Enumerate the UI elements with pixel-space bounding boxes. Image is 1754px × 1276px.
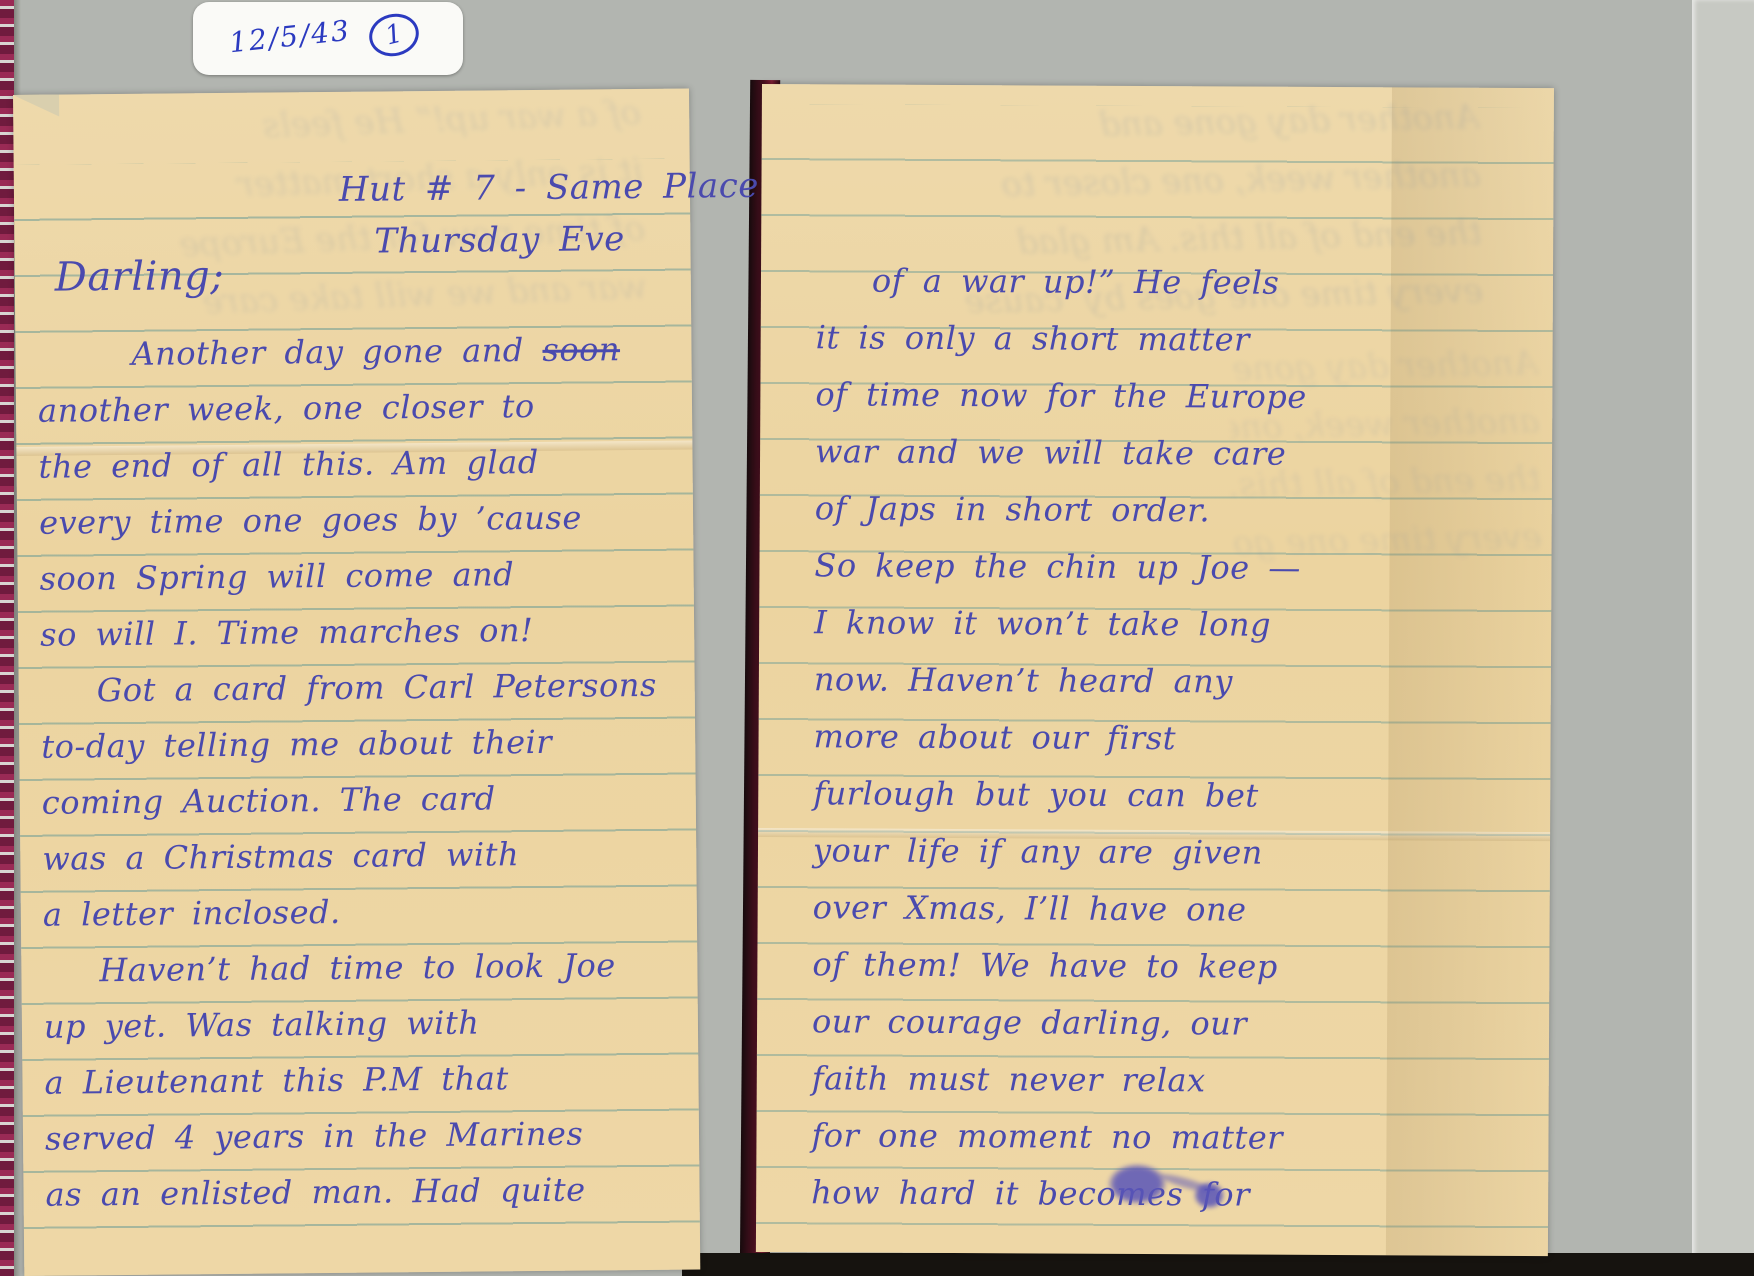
handwritten-line: served 4 years in the Marines: [45, 1105, 691, 1167]
handwritten-line: another week, one closer to: [38, 377, 684, 439]
handwritten-line: So keep the chin up Joe —: [814, 537, 1524, 598]
handwritten-line: of them! We have to keep: [812, 936, 1522, 997]
scanner-background-band: [1692, 0, 1754, 1276]
binding-edge-strip: [0, 0, 14, 1276]
ghost-line: of a war up!” He feels: [80, 84, 642, 162]
ink-blot: [1108, 1164, 1166, 1204]
handwritten-line: was a Christmas card with: [42, 825, 688, 887]
handwritten-line: to-day telling me about their: [41, 713, 687, 775]
letter-heading-date: Thursday Eve: [374, 219, 625, 261]
letter-page-left: of a war up!” He feelsit is only a short…: [13, 89, 700, 1276]
letter-body-right: of a war up!” He feelsit is only a short…: [811, 252, 1526, 1225]
handwritten-line: Another day gone and soon: [37, 321, 683, 383]
handwritten-line: as an enlisted man. Had quite: [45, 1161, 691, 1223]
handwritten-line: faith must never relax: [812, 1050, 1522, 1111]
letter-body-left: Another day gone and soonanother week, o…: [37, 321, 691, 1223]
letter-heading-location: Hut # 7 - Same Place: [339, 166, 759, 210]
handwritten-line: every time one goes by ’cause: [39, 489, 685, 551]
handwritten-line: I know it won’t take long: [814, 594, 1524, 655]
scanner-bottom-bar: [682, 1253, 1754, 1276]
handwritten-line: of Japs in short order.: [815, 480, 1525, 541]
handwritten-line: your life if any are given: [813, 822, 1523, 883]
archive-label-sticker: 12/5/43 1: [193, 2, 463, 75]
handwritten-line: soon Spring will come and: [39, 545, 685, 607]
handwritten-line: coming Auction. The card: [42, 769, 688, 831]
handwritten-line: Got a card from Carl Petersons: [40, 657, 686, 719]
handwritten-line: now. Haven’t heard any: [814, 651, 1524, 712]
handwritten-line: so will I. Time marches on!: [40, 601, 686, 663]
label-page-number: 1: [365, 9, 424, 62]
ghost-line: Another day gone and: [879, 88, 1480, 159]
handwritten-line: a Lieutenant this P.M that: [44, 1049, 690, 1111]
handwritten-line: more about our first: [813, 708, 1523, 769]
handwritten-line: Haven’t had time to look Joe: [43, 937, 689, 999]
handwritten-line: a letter inclosed.: [43, 881, 689, 943]
handwritten-line: of time now for the Europe: [815, 366, 1525, 427]
handwritten-line: for one moment no matter: [811, 1107, 1521, 1168]
handwritten-line: over Xmas, I’ll have one: [813, 879, 1523, 940]
handwritten-line: furlough but you can bet: [813, 765, 1523, 826]
handwritten-line: war and we will take care: [815, 423, 1525, 484]
handwritten-line: of a war up!” He feels: [816, 252, 1526, 313]
scanned-letter: of a war up!” He feelsit is only a short…: [0, 0, 1754, 1276]
handwritten-line: our courage darling, our: [812, 993, 1522, 1054]
letter-page-right: Another day gone and another week, one c…: [756, 84, 1554, 1256]
label-date: 12/5/43: [228, 14, 353, 60]
handwritten-line: up yet. Was talking with: [44, 993, 690, 1055]
handwritten-line: it is only a short matter: [816, 309, 1526, 370]
letter-salutation: Darling;: [55, 253, 225, 301]
handwritten-line: the end of all this. Am glad: [38, 433, 684, 495]
